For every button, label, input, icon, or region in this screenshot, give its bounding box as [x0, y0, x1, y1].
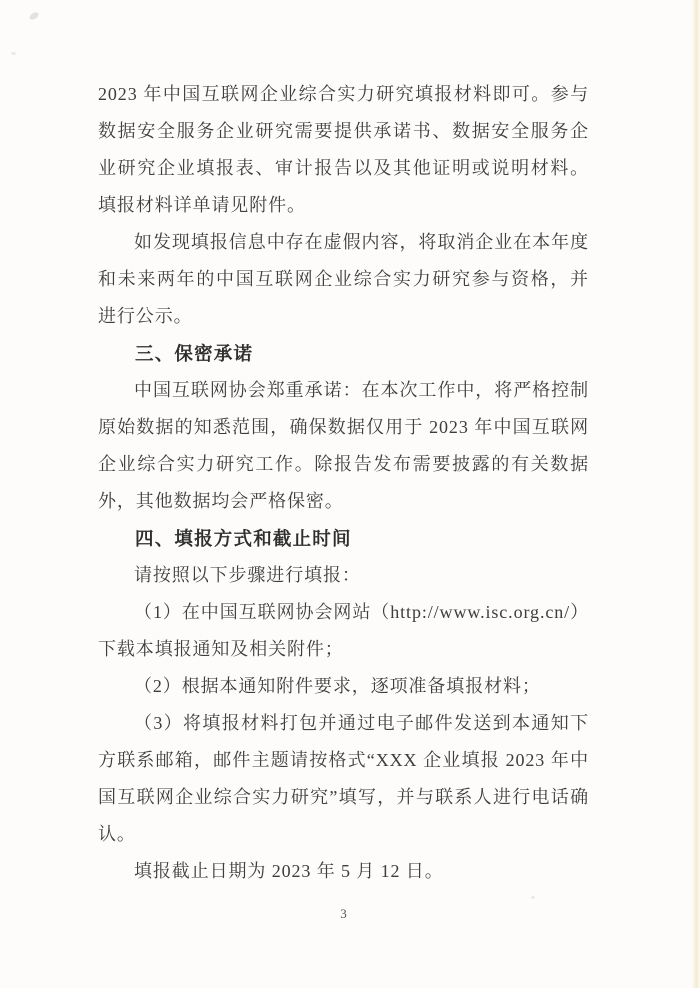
section-heading-confidentiality: 三、保密承诺 [98, 335, 589, 372]
document-page: 2023 年中国互联网企业综合实力研究填报材料即可。参与数据安全服务企业研究需要… [0, 0, 700, 988]
section-heading-submission-method: 四、填报方式和截止时间 [98, 520, 589, 557]
paragraph-steps-intro: 请按照以下步骤进行填报： [98, 557, 589, 594]
page-footer: 3 [98, 905, 589, 923]
paragraph-confidentiality-pledge: 中国互联网协会郑重承诺：在本次工作中，将严格控制原始数据的知悉范围，确保数据仅用… [98, 372, 589, 520]
page-number: 3 [340, 906, 347, 921]
paragraph-materials-continuation: 2023 年中国互联网企业综合实力研究填报材料即可。参与数据安全服务企业研究需要… [98, 76, 589, 224]
paragraph-step-2: （2）根据本通知附件要求，逐项准备填报材料； [98, 668, 589, 705]
scan-speck [11, 52, 16, 55]
paragraph-deadline: 填报截止日期为 2023 年 5 月 12 日。 [98, 853, 589, 890]
paragraph-false-info-warning: 如发现填报信息中存在虚假内容，将取消企业在本年度和未来两年的中国互联网企业综合实… [98, 224, 589, 335]
scan-speck [28, 11, 40, 21]
paragraph-step-3: （3）将填报材料打包并通过电子邮件发送到本通知下方联系邮箱，邮件主题请按格式“X… [98, 705, 589, 853]
paragraph-step-1: （1）在中国互联网协会网站（http://www.isc.org.cn/）下载本… [98, 594, 589, 668]
scan-speck [531, 896, 535, 899]
document-body: 2023 年中国互联网企业综合实力研究填报材料即可。参与数据安全服务企业研究需要… [98, 76, 589, 890]
scan-edge-strip [692, 0, 700, 988]
